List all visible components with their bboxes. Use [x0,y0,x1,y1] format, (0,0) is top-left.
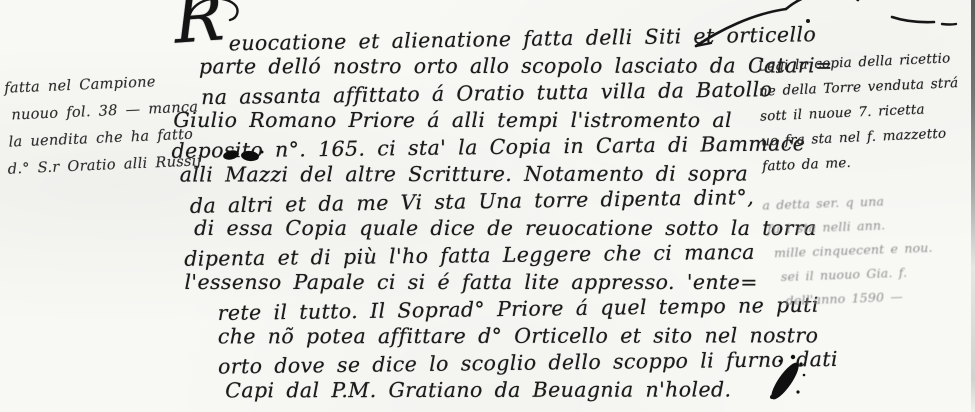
main-text-line: Giulio Romano Priore á alli tempi l'istr… [173,107,811,134]
main-text-line: na assanta affittato á Oratio tutta vill… [201,76,811,112]
ink-smudge [220,146,266,166]
main-text-block: euocatione et alienatione fatta delli Si… [171,24,814,406]
main-text-line: Capi dal P.M. Gratiano da Beuagnia n'hol… [225,376,813,404]
manuscript-page: R euocatione et alienatione fatta delli … [0,0,975,412]
main-text-line: orto dove se dice lo scoglio dello scopp… [218,346,813,380]
main-text-line: dipenta et di più l'ho fatta Leggere che… [184,238,812,273]
right-margin-note-bottom: a detta ser. q una fu i sta nelli ann. m… [762,186,975,313]
right-margin-note-top: Legi la copia della ricettio ne della To… [757,45,975,179]
left-margin-note: fatta nel Campione nuouo fol. 38 — manca… [4,68,181,183]
main-text-line: l'essenso Papale ci si é fatta lite appr… [184,269,812,296]
main-text-line: che nõ potea affittare d° Orticello et s… [218,322,813,350]
scan-edge-shadow [971,0,975,412]
ink-blot [752,345,822,412]
main-text-line: di essa Copia quale dice de reuocatione … [194,215,812,242]
